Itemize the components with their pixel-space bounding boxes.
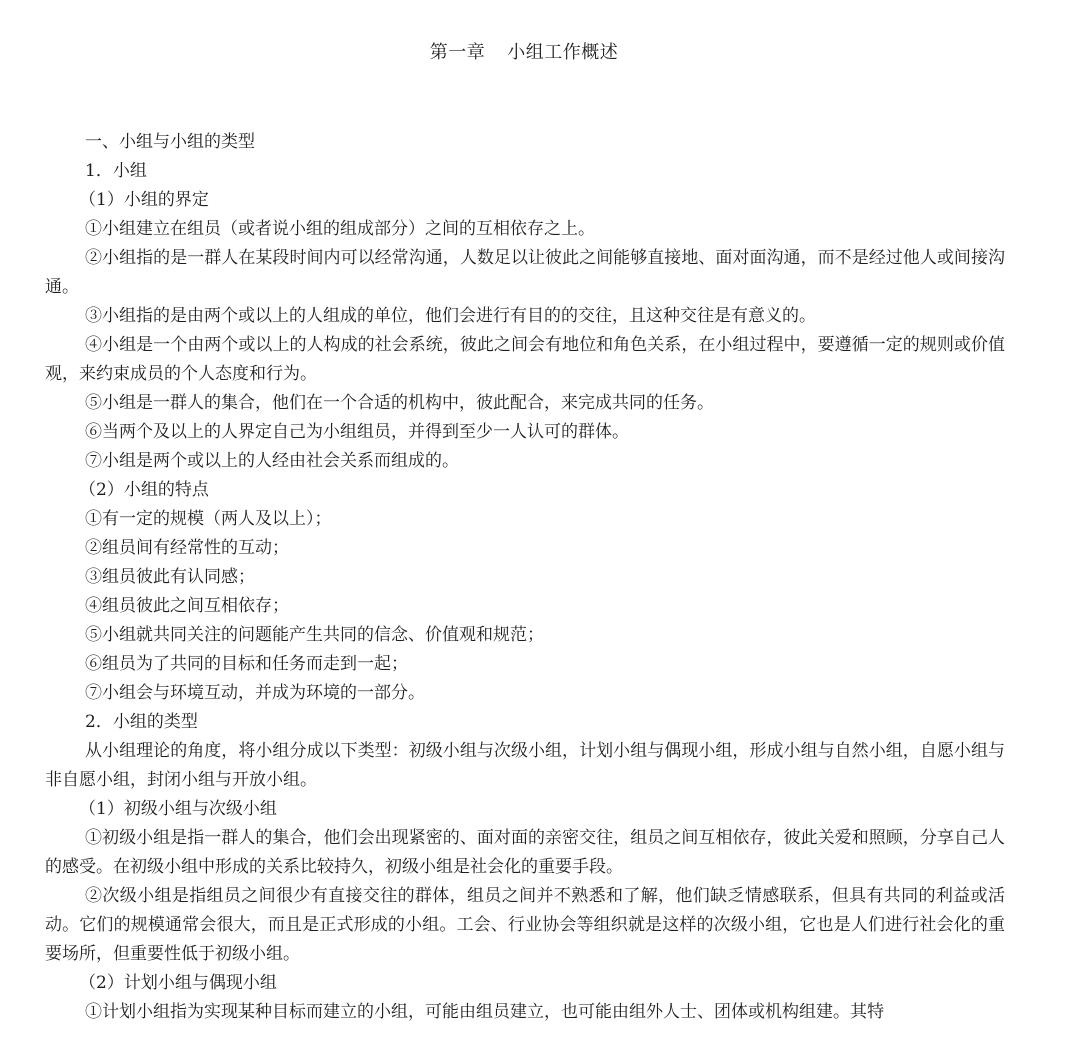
- list-item: ①计划小组指为实现某种目标而建立的小组，可能由组员建立，也可能由组外人士、团体或…: [45, 998, 1005, 1027]
- sub-subsection-heading: （1）初级小组与次级小组: [45, 795, 1005, 824]
- list-item: ⑦小组是两个或以上的人经由社会关系而组成的。: [45, 447, 1005, 476]
- list-item: ①有一定的规模（两人及以上）；: [45, 505, 1005, 534]
- list-item: ⑥当两个及以上的人界定自己为小组组员，并得到至少一人认可的群体。: [45, 418, 1005, 447]
- list-item: ④组员彼此之间互相依存；: [45, 592, 1005, 621]
- list-item: ②次级小组是指组员之间很少有直接交往的群体，组员之间并不熟悉和了解，他们缺乏情感…: [45, 882, 1005, 969]
- chapter-name: 小组工作概述: [507, 42, 618, 63]
- list-item: ②组员间有经常性的互动；: [45, 534, 1005, 563]
- document-body: 一、小组与小组的类型 1．小组 （1）小组的界定 ①小组建立在组员（或者说小组的…: [45, 128, 1005, 1027]
- chapter-title: 第一章小组工作概述: [0, 40, 1048, 66]
- list-item: ③组员彼此有认同感；: [45, 563, 1005, 592]
- subsection-heading: 2．小组的类型: [45, 708, 1005, 737]
- list-item: ①初级小组是指一群人的集合，他们会出现紧密的、面对面的亲密交往，组员之间互相依存…: [45, 824, 1005, 882]
- section-heading: 一、小组与小组的类型: [45, 128, 1005, 157]
- list-item: ⑥组员为了共同的目标和任务而走到一起；: [45, 650, 1005, 679]
- paragraph: 从小组理论的角度，将小组分成以下类型：初级小组与次级小组，计划小组与偶现小组，形…: [45, 737, 1005, 795]
- list-item: ⑤小组是一群人的集合，他们在一个合适的机构中，彼此配合，来完成共同的任务。: [45, 389, 1005, 418]
- list-item: ①小组建立在组员（或者说小组的组成部分）之间的互相依存之上。: [45, 215, 1005, 244]
- list-item: ②小组指的是一群人在某段时间内可以经常沟通，人数足以让彼此之间能够直接地、面对面…: [45, 244, 1005, 302]
- list-item: ⑦小组会与环境互动，并成为环境的一部分。: [45, 679, 1005, 708]
- document-page: 第一章小组工作概述 一、小组与小组的类型 1．小组 （1）小组的界定 ①小组建立…: [0, 0, 1074, 1038]
- sub-subsection-heading: （2）小组的特点: [45, 476, 1005, 505]
- subsection-heading: 1．小组: [45, 157, 1005, 186]
- list-item: ③小组指的是由两个或以上的人组成的单位，他们会进行有目的的交往，且这种交往是有意…: [45, 302, 1005, 331]
- list-item: ④小组是一个由两个或以上的人构成的社会系统，彼此之间会有地位和角色关系，在小组过…: [45, 331, 1005, 389]
- chapter-number: 第一章: [430, 42, 486, 63]
- sub-subsection-heading: （2）计划小组与偶现小组: [45, 969, 1005, 998]
- sub-subsection-heading: （1）小组的界定: [45, 186, 1005, 215]
- list-item: ⑤小组就共同关注的问题能产生共同的信念、价值观和规范；: [45, 621, 1005, 650]
